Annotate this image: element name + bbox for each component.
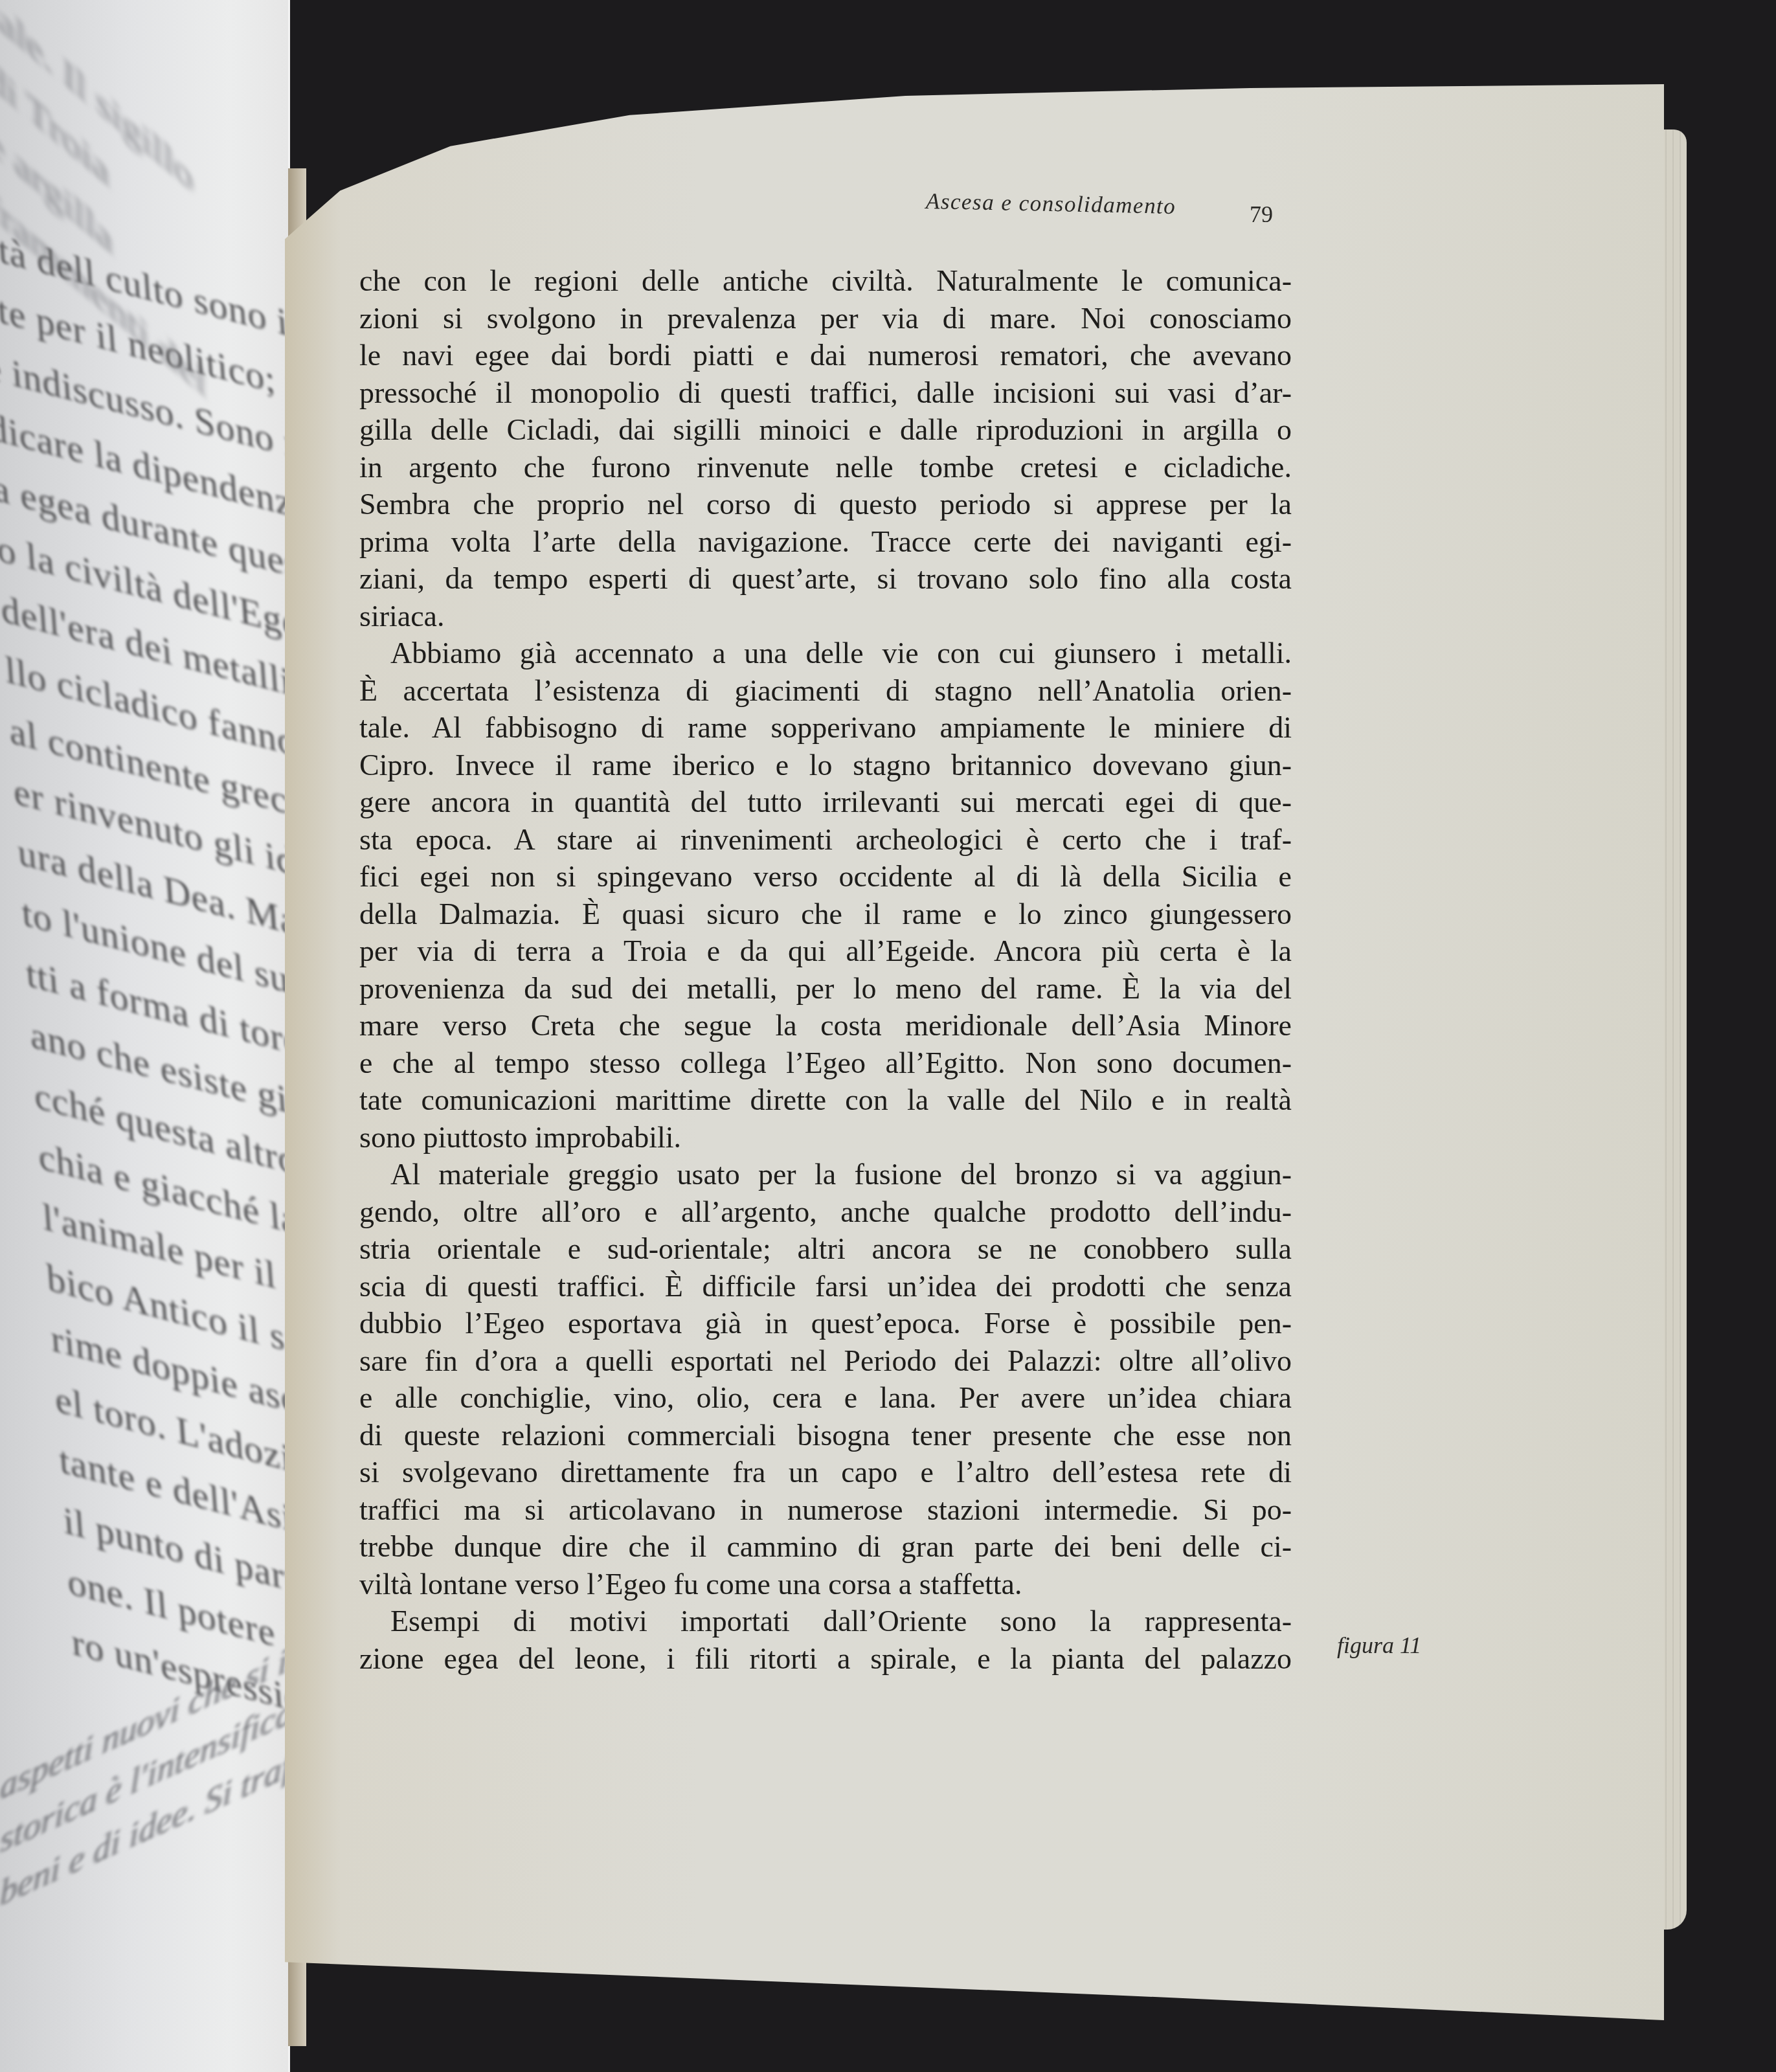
text-line: tate comunicazioni marittime dirette con… bbox=[359, 1081, 1292, 1119]
text-line: scia di questi traffici. È difficile far… bbox=[359, 1268, 1292, 1305]
text-line: della Dalmazia. È quasi sicuro che il ra… bbox=[359, 895, 1292, 933]
text-line: gilla delle Cicladi, dai sigilli minoici… bbox=[359, 411, 1292, 449]
text-line: sare fin d’ora a quelli esportati nel Pe… bbox=[359, 1342, 1292, 1380]
text-line: e che al tempo stesso collega l’Egeo all… bbox=[359, 1044, 1292, 1082]
text-line: È accertata l’esistenza di giacimenti di… bbox=[359, 672, 1292, 710]
text-line: in argento che furono rinvenute nelle to… bbox=[359, 449, 1292, 486]
text-line: pressoché il monopolio di questi traffic… bbox=[359, 374, 1292, 412]
text-line: traffici ma si articolavano in numerose … bbox=[359, 1491, 1292, 1529]
text-line: Esempi di motivi importati dall’Oriente … bbox=[359, 1603, 1292, 1640]
text-line: Abbiamo già accennato a una delle vie co… bbox=[359, 635, 1292, 672]
text-line: fici egei non si spingevano verso occide… bbox=[359, 858, 1292, 895]
left-page: tale. Il sigillo di Troia e argilla fram… bbox=[0, 0, 290, 2072]
text-line: le navi egee dai bordi piatti e dai nume… bbox=[359, 337, 1292, 374]
text-line: siriaca. bbox=[359, 598, 1292, 635]
text-line: di queste relazioni commerciali bisogna … bbox=[359, 1417, 1292, 1454]
text-line: sono piuttosto improbabili. bbox=[359, 1119, 1292, 1156]
text-line: zione egea del leone, i fili ritorti a s… bbox=[359, 1640, 1292, 1678]
text-line: dubbio l’Egeo esportava già in quest’epo… bbox=[359, 1305, 1292, 1342]
text-line: tale. Al fabbisogno di rame sopperivano … bbox=[359, 709, 1292, 747]
text-line: prima volta l’arte della navigazione. Tr… bbox=[359, 523, 1292, 561]
text-line: stria orientale e sud-orientale; altri a… bbox=[359, 1230, 1292, 1268]
text-line: Sembra che proprio nel corso di questo p… bbox=[359, 486, 1292, 523]
text-line: trebbe dunque dire che il cammino di gra… bbox=[359, 1528, 1292, 1566]
text-line: provenienza da sud dei metalli, per lo m… bbox=[359, 970, 1292, 1008]
text-line: ziani, da tempo esperti di quest’arte, s… bbox=[359, 560, 1292, 598]
text-line: e alle conchiglie, vino, olio, cera e la… bbox=[359, 1379, 1292, 1417]
text-line: sta epoca. A stare ai rinvenimenti arche… bbox=[359, 821, 1292, 859]
body-text: che con le regioni delle antiche civiltà… bbox=[359, 262, 1292, 1677]
figure-reference: figura 11 bbox=[1337, 1632, 1421, 1659]
text-line: mare verso Creta che segue la costa meri… bbox=[359, 1007, 1292, 1044]
text-line: per via di terra a Troia e da qui all’Eg… bbox=[359, 932, 1292, 970]
text-line: gendo, oltre all’oro e all’argento, anch… bbox=[359, 1193, 1292, 1231]
text-line: si svolgevano direttamente fra un capo e… bbox=[359, 1454, 1292, 1491]
text-line: che con le regioni delle antiche civiltà… bbox=[359, 262, 1292, 300]
text-line: gere ancora in quantità del tutto irrile… bbox=[359, 783, 1292, 821]
text-line: Cipro. Invece il rame iberico e lo stagn… bbox=[359, 747, 1292, 784]
text-line: viltà lontane verso l’Egeo fu come una c… bbox=[359, 1566, 1292, 1603]
text-line: zioni si svolgono in prevalenza per via … bbox=[359, 300, 1292, 337]
page-number: 79 bbox=[1250, 201, 1273, 228]
running-title: Ascesa e consolidamento bbox=[926, 188, 1176, 220]
text-line: Al materiale greggio usato per la fusion… bbox=[359, 1156, 1292, 1193]
left-page-text: lità dell culto sono in genere allaete p… bbox=[0, 214, 290, 1758]
